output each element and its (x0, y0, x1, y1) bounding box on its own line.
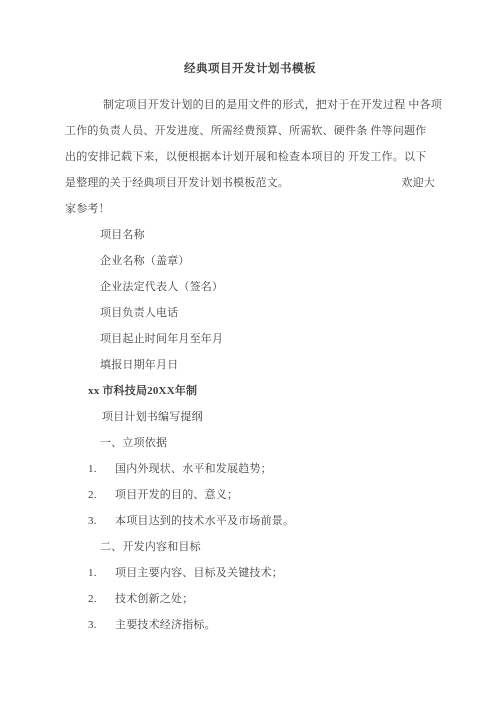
list-item-text: 项目开发的目的、意义； (115, 489, 238, 501)
list-item-number: 1. (88, 456, 115, 482)
list-item: 1.国内外现状、水平和发展趋势； (88, 456, 435, 482)
list-item-text: 本项目达到的技术水平及市场前景。 (115, 515, 294, 527)
list-item-text: 主要技术经济指标。 (115, 619, 216, 631)
form-field-fill-date: 填报日期年月日 (100, 352, 435, 378)
intro-line-4-right: 欢迎大 (401, 170, 435, 196)
intro-line-3: 出的安排记载下来，以便根据本计划开展和检查本项目的 开发工作。以下 (65, 144, 435, 170)
list-item-number: 1. (88, 560, 115, 586)
list-item-number: 3. (88, 508, 115, 534)
intro-line-1: 制定项目开发计划的目的是用文件的形式，把对于在开发过程 中各项 (65, 92, 435, 118)
section-2-heading: 二、开发内容和目标 (100, 534, 435, 560)
list-item: 2.技术创新之处； (88, 586, 435, 612)
list-item-number: 3. (88, 612, 115, 638)
list-item: 2.项目开发的目的、意义； (88, 482, 435, 508)
form-field-leader-phone: 项目负责人电话 (100, 300, 435, 326)
list-item-number: 2. (88, 586, 115, 612)
section-1: 一、立项依据 1.国内外现状、水平和发展趋势； 2.项目开发的目的、意义； 3.… (65, 430, 435, 534)
issuer-line: xx 市科技局20XX年制 (88, 378, 435, 404)
list-item: 3.主要技术经济指标。 (88, 612, 435, 638)
list-item-number: 2. (88, 482, 115, 508)
form-field-legal-representative: 企业法定代表人（签名） (100, 274, 435, 300)
outline-title: 项目计划书编写提纲 (102, 404, 435, 430)
form-field-project-duration: 项目起止时间年月至年月 (100, 326, 435, 352)
section-1-heading: 一、立项依据 (100, 430, 435, 456)
document-page: 经典项目开发计划书模板 制定项目开发计划的目的是用文件的形式，把对于在开发过程 … (0, 0, 500, 708)
intro-line-5: 家参考！ (65, 196, 435, 222)
list-item-text: 项目主要内容、目标及关键技术； (115, 567, 283, 579)
list-item-text: 技术创新之处； (115, 593, 193, 605)
list-item-text: 国内外现状、水平和发展趋势； (115, 463, 272, 475)
form-field-project-name: 项目名称 (100, 222, 435, 248)
intro-line-4-left: 是整理的关于经典项目开发计划书模板范文。 (65, 170, 289, 196)
intro-line-2: 工作的负责人员、开发进度、所需经费预算、所需软、硬件条 件等问题作 (65, 118, 435, 144)
intro-line-4: 是整理的关于经典项目开发计划书模板范文。 欢迎大 (65, 170, 435, 196)
section-2: 二、开发内容和目标 1.项目主要内容、目标及关键技术； 2.技术创新之处； 3.… (65, 534, 435, 638)
form-field-company-name: 企业名称（盖章） (100, 248, 435, 274)
list-item: 3.本项目达到的技术水平及市场前景。 (88, 508, 435, 534)
intro-paragraph: 制定项目开发计划的目的是用文件的形式，把对于在开发过程 中各项 工作的负责人员、… (65, 92, 435, 222)
document-title: 经典项目开发计划书模板 (65, 56, 435, 82)
list-item: 1.项目主要内容、目标及关键技术； (88, 560, 435, 586)
form-fields-block: 项目名称 企业名称（盖章） 企业法定代表人（签名） 项目负责人电话 项目起止时间… (65, 222, 435, 378)
